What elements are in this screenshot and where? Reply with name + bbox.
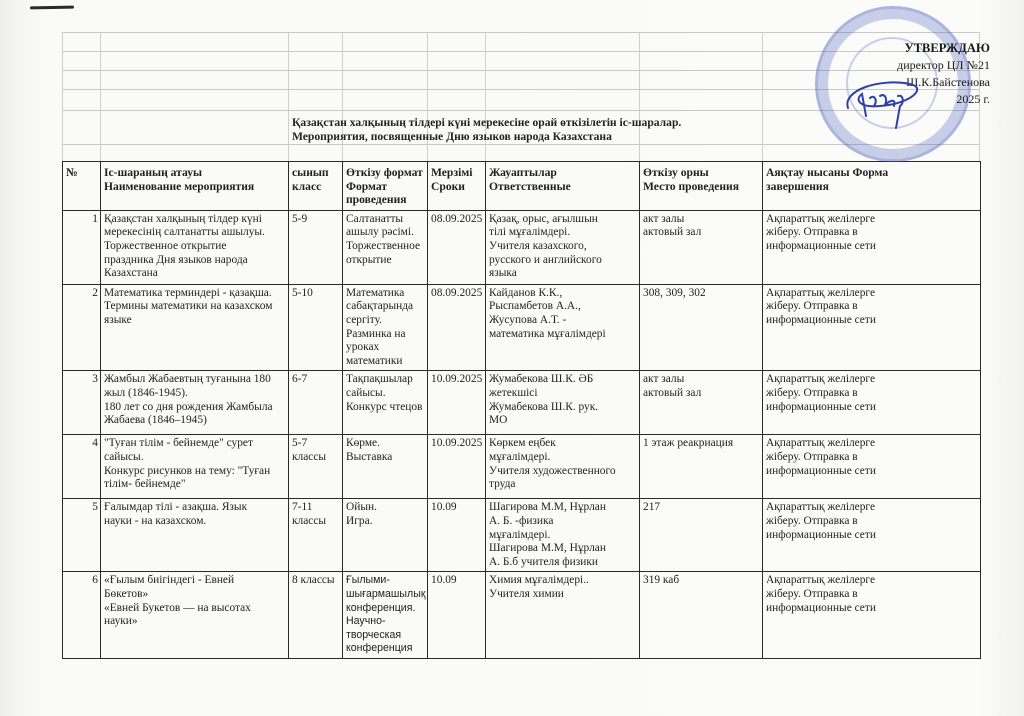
cell-text: науки» <box>104 615 285 629</box>
cell-grade: 5-7классы <box>289 435 343 499</box>
cell-text: Игра. <box>346 515 424 529</box>
cell-text: Шагирова М.М, Нұрлан <box>489 542 636 556</box>
cell-responsible: Кайданов К.К.,Рыспамбетов А.А.,Жусупова … <box>486 284 640 371</box>
cell-grade: 7-11классы <box>289 499 343 572</box>
approval-heading: УТВЕРЖДАЮ <box>897 40 990 57</box>
cell-text: Учителя казахского, <box>489 240 636 254</box>
column-header-num: № <box>63 162 101 211</box>
cell-date: 10.09.2025 <box>428 371 486 435</box>
cell-text: 3 <box>66 373 98 387</box>
cell-text: жетекшісі <box>489 387 636 401</box>
cell-num: 6 <box>63 572 101 659</box>
cell-text: Шагирова М.М, Нұрлан <box>489 501 636 515</box>
cell-num: 4 <box>63 435 101 499</box>
header-text: Жауаптылар <box>489 166 636 180</box>
cell-num: 5 <box>63 499 101 572</box>
table-row: 5Ғалымдар тілі - азақша. Языкнауки - на … <box>63 499 981 572</box>
cell-text: 08.09.2025 <box>431 213 482 227</box>
cell-place: 217 <box>640 499 763 572</box>
cell-text: 6-7 <box>292 373 339 387</box>
cell-text: 217 <box>643 501 759 515</box>
cell-date: 08.09.2025 <box>428 210 486 284</box>
cell-text: информационные сети <box>766 465 977 479</box>
cell-text: математики <box>346 355 424 369</box>
cell-text: 8 классы <box>292 574 339 588</box>
cell-name: "Туған тілім - бейнемде" суретсайысы.Кон… <box>101 435 289 499</box>
table-row: 1Қазақстан халқының тілдер күнімерекесін… <box>63 210 981 284</box>
cell-text: тілі мұғалімдері. <box>489 226 636 240</box>
cell-completion: Ақпараттық желілергежіберу. Отправка вин… <box>763 435 981 499</box>
cell-format: Ғылыми-шығармашылықконференция.Научно-тв… <box>343 572 428 659</box>
cell-text: Ақпараттық желілерге <box>766 213 977 227</box>
header-text: № <box>66 166 97 180</box>
table-row: 4"Туған тілім - бейнемде" суретсайысы.Ко… <box>63 435 981 499</box>
cell-text: А. Б.б учителя физики <box>489 556 636 570</box>
cell-text: Қазақстан халқының тілдер күні <box>104 213 285 227</box>
cell-grade: 5-9 <box>289 210 343 284</box>
cell-text: «Евней Букетов — на высотах <box>104 602 285 616</box>
scan-mark <box>30 6 74 10</box>
cell-text: Көркем еңбек <box>489 437 636 451</box>
cell-format: Ойын.Игра. <box>343 499 428 572</box>
cell-num: 1 <box>63 210 101 284</box>
cell-text: «Ғылым биігіндегі - Евней <box>104 574 285 588</box>
cell-name: Қазақстан халқының тілдер күнімерекесіні… <box>101 210 289 284</box>
events-table: №Іс-шараның атауыНаименование мероприяти… <box>62 161 981 659</box>
cell-num: 3 <box>63 371 101 435</box>
cell-text: А. Б. -физика <box>489 515 636 529</box>
header-text: Өткізу формат <box>346 166 424 180</box>
cell-responsible: Қазақ, орыс, ағылшынтілі мұғалімдері.Учи… <box>486 210 640 284</box>
cell-text: 7-11 <box>292 501 339 515</box>
cell-text: 308, 309, 302 <box>643 287 759 301</box>
cell-place: 319 каб <box>640 572 763 659</box>
cell-text: Рыспамбетов А.А., <box>489 300 636 314</box>
column-header-responsible: ЖауаптыларОтветственные <box>486 162 640 211</box>
cell-format: Салтанатты ашылу рәсімі.Торжественное от… <box>343 210 428 284</box>
cell-date: 10.09 <box>428 499 486 572</box>
cell-text: 1 <box>66 213 98 227</box>
cell-text: Казахстана <box>104 267 285 281</box>
cell-text: Конкурс чтецов <box>346 401 424 415</box>
cell-text: математика мұғалімдері <box>489 328 636 342</box>
cell-text: тілім- бейнемде" <box>104 478 285 492</box>
cell-text: информационные сети <box>766 602 977 616</box>
cell-text: 5-7 <box>292 437 339 451</box>
cell-date: 08.09.2025 <box>428 284 486 371</box>
cell-text: Научно-творческая <box>346 615 424 642</box>
table-header-row: №Іс-шараның атауыНаименование мероприяти… <box>63 162 981 211</box>
cell-completion: Ақпараттық желілергежіберу. Отправка вин… <box>763 499 981 572</box>
table-body: 1Қазақстан халқының тілдер күнімерекесін… <box>63 210 981 658</box>
cell-completion: Ақпараттық желілергежіберу. Отправка вин… <box>763 284 981 371</box>
header-text: завершения <box>766 180 977 194</box>
cell-text: Ақпараттық желілерге <box>766 287 977 301</box>
cell-text: Торжественное открытие <box>346 240 424 267</box>
cell-name: «Ғылым биігіндегі - ЕвнейБөкетов»«Евней … <box>101 572 289 659</box>
table-row: 3Жамбыл Жабаевтың туғанына 180жыл (1846-… <box>63 371 981 435</box>
cell-date: 10.09.2025 <box>428 435 486 499</box>
cell-place: 1 этаж реакриация <box>640 435 763 499</box>
cell-text: 4 <box>66 437 98 451</box>
cell-text: классы <box>292 515 339 529</box>
cell-text: Учителя химии <box>489 588 636 602</box>
cell-text: жыл (1846-1945). <box>104 387 285 401</box>
cell-text: Ақпараттық желілерге <box>766 437 977 451</box>
cell-text: актовый зал <box>643 226 759 240</box>
header-text: Место проведения <box>643 180 759 194</box>
cell-text: Көрме. <box>346 437 424 451</box>
cell-text: Химия мұғалімдері.. <box>489 574 636 588</box>
cell-text: конференция <box>346 642 424 656</box>
cell-name: Жамбыл Жабаевтың туғанына 180жыл (1846-1… <box>101 371 289 435</box>
cell-place: акт залыактовый зал <box>640 210 763 284</box>
cell-text: "Туған тілім - бейнемде" сурет <box>104 437 285 451</box>
cell-text: 10.09 <box>431 501 482 515</box>
scanned-page: УТВЕРЖДАЮ директор ЦЛ №21 Ш.К.Байстенова… <box>0 0 1024 716</box>
cell-text: 319 каб <box>643 574 759 588</box>
cell-format: Тақпақшылар сайысы.Конкурс чтецов <box>343 371 428 435</box>
cell-text: 5-9 <box>292 213 339 227</box>
cell-completion: Ақпараттық желілергежіберу. Отправка вин… <box>763 371 981 435</box>
cell-text: сабақтарында сергіту. <box>346 300 424 327</box>
cell-grade: 5-10 <box>289 284 343 371</box>
cell-responsible: Химия мұғалімдері..Учителя химии <box>486 572 640 659</box>
cell-text: русского и английского <box>489 254 636 268</box>
cell-text: Жамбыл Жабаевтың туғанына 180 <box>104 373 285 387</box>
header-text: Наименование мероприятия <box>104 180 285 194</box>
cell-text: Учителя художественного <box>489 465 636 479</box>
cell-responsible: Жумабекова Ш.К. ӘБжетекшісіЖумабекова Ш.… <box>486 371 640 435</box>
cell-text: Ақпараттық желілерге <box>766 501 977 515</box>
header-text: Формат проведения <box>346 180 424 207</box>
cell-text: 6 <box>66 574 98 588</box>
cell-text: Жабаева (1846–1945) <box>104 414 285 428</box>
cell-text: 2 <box>66 287 98 301</box>
cell-text: 5 <box>66 501 98 515</box>
cell-text: акт залы <box>643 213 759 227</box>
cell-text: информационные сети <box>766 529 977 543</box>
header-text: Аяқтау нысаны Форма <box>766 166 977 180</box>
cell-text: 10.09 <box>431 574 482 588</box>
table-row: 2Математика терминдері - қазақша.Термины… <box>63 284 981 371</box>
cell-text: сайысы. <box>104 451 285 465</box>
table-row: 6«Ғылым биігіндегі - ЕвнейБөкетов»«Евней… <box>63 572 981 659</box>
cell-date: 10.09 <box>428 572 486 659</box>
cell-text: жіберу. Отправка в <box>766 226 977 240</box>
cell-text: жіберу. Отправка в <box>766 588 977 602</box>
cell-text: Термины математики на казахском <box>104 300 285 314</box>
cell-text: МО <box>489 414 636 428</box>
cell-text: мерекесінің салтанатты ашылуы. <box>104 226 285 240</box>
cell-text: Жумабекова Ш.К. рук. <box>489 401 636 415</box>
cell-text: Торжественное открытие <box>104 240 285 254</box>
cell-format: Көрме.Выставка <box>343 435 428 499</box>
header-text: Іс-шараның атауы <box>104 166 285 180</box>
column-header-place: Өткізу орныМесто проведения <box>640 162 763 211</box>
cell-text: Выставка <box>346 451 424 465</box>
cell-text: Жумабекова Ш.К. ӘБ <box>489 373 636 387</box>
cell-text: Кайданов К.К., <box>489 287 636 301</box>
title-russian: Мероприятия, посвященные Дню языков наро… <box>292 130 681 144</box>
cell-num: 2 <box>63 284 101 371</box>
cell-text: 10.09.2025 <box>431 373 482 387</box>
header-text: Сроки <box>431 180 482 194</box>
header-text: Мерзімі <box>431 166 482 180</box>
cell-place: акт залыактовый зал <box>640 371 763 435</box>
column-header-name: Іс-шараның атауыНаименование мероприятия <box>101 162 289 211</box>
column-header-format: Өткізу форматФормат проведения <box>343 162 428 211</box>
cell-text: Ойын. <box>346 501 424 515</box>
cell-text: акт залы <box>643 373 759 387</box>
cell-text: Бөкетов» <box>104 588 285 602</box>
cell-text: 08.09.2025 <box>431 287 482 301</box>
cell-name: Математика терминдері - қазақша.Термины … <box>101 284 289 371</box>
cell-completion: Ақпараттық желілергежіберу. Отправка вин… <box>763 210 981 284</box>
cell-text: мұғалімдері. <box>489 451 636 465</box>
cell-text: 5-10 <box>292 287 339 301</box>
signature <box>840 70 930 130</box>
header-text: Өткізу орны <box>643 166 759 180</box>
cell-text: Математика <box>346 287 424 301</box>
cell-text: информационные сети <box>766 240 977 254</box>
cell-text: жіберу. Отправка в <box>766 300 977 314</box>
column-header-grade: сыныпкласс <box>289 162 343 211</box>
column-header-completion: Аяқтау нысаны Формазавершения <box>763 162 981 211</box>
header-text: Ответственные <box>489 180 636 194</box>
cell-text: Ақпараттық желілерге <box>766 373 977 387</box>
cell-text: Салтанатты ашылу рәсімі. <box>346 213 424 240</box>
cell-text: Жусупова А.Т. - <box>489 314 636 328</box>
cell-text: Ғалымдар тілі - азақша. Язык <box>104 501 285 515</box>
document-title: Қазақстан халқының тілдері күні мерекесі… <box>292 116 681 144</box>
cell-place: 308, 309, 302 <box>640 284 763 371</box>
cell-completion: Ақпараттық желілергежіберу. Отправка вин… <box>763 572 981 659</box>
cell-text: Математика терминдері - қазақша. <box>104 287 285 301</box>
cell-text: информационные сети <box>766 401 977 415</box>
cell-text: информационные сети <box>766 314 977 328</box>
cell-text: классы <box>292 451 339 465</box>
cell-text: Қазақ, орыс, ағылшын <box>489 213 636 227</box>
cell-text: конференция. <box>346 602 424 616</box>
cell-name: Ғалымдар тілі - азақша. Языкнауки - на к… <box>101 499 289 572</box>
cell-text: языка <box>489 267 636 281</box>
cell-text: Ғылыми-шығармашылық <box>346 574 424 601</box>
header-text: класс <box>292 180 339 194</box>
title-kazakh: Қазақстан халқының тілдері күні мерекесі… <box>292 116 681 130</box>
cell-responsible: Көркем еңбекмұғалімдері.Учителя художест… <box>486 435 640 499</box>
cell-text: жіберу. Отправка в <box>766 515 977 529</box>
cell-text: 180 лет со дня рождения Жамбыла <box>104 401 285 415</box>
cell-responsible: Шагирова М.М, НұрланА. Б. -физикамұғалім… <box>486 499 640 572</box>
cell-format: Математикасабақтарында сергіту.Разминка … <box>343 284 428 371</box>
cell-text: жіберу. Отправка в <box>766 387 977 401</box>
cell-text: мұғалімдері. <box>489 529 636 543</box>
cell-text: Ақпараттық желілерге <box>766 574 977 588</box>
cell-grade: 6-7 <box>289 371 343 435</box>
column-header-date: МерзіміСроки <box>428 162 486 211</box>
cell-text: 10.09.2025 <box>431 437 482 451</box>
cell-text: языке <box>104 314 285 328</box>
cell-text: праздника Дня языков народа <box>104 254 285 268</box>
cell-text: труда <box>489 478 636 492</box>
cell-text: 1 этаж реакриация <box>643 437 759 451</box>
cell-text: науки - на казахском. <box>104 515 285 529</box>
cell-text: жіберу. Отправка в <box>766 451 977 465</box>
cell-text: актовый зал <box>643 387 759 401</box>
cell-text: Тақпақшылар сайысы. <box>346 373 424 400</box>
header-text: сынып <box>292 166 339 180</box>
cell-text: Разминка на уроках <box>346 328 424 355</box>
cell-text: Конкурс рисунков на тему: "Туған <box>104 465 285 479</box>
cell-grade: 8 классы <box>289 572 343 659</box>
